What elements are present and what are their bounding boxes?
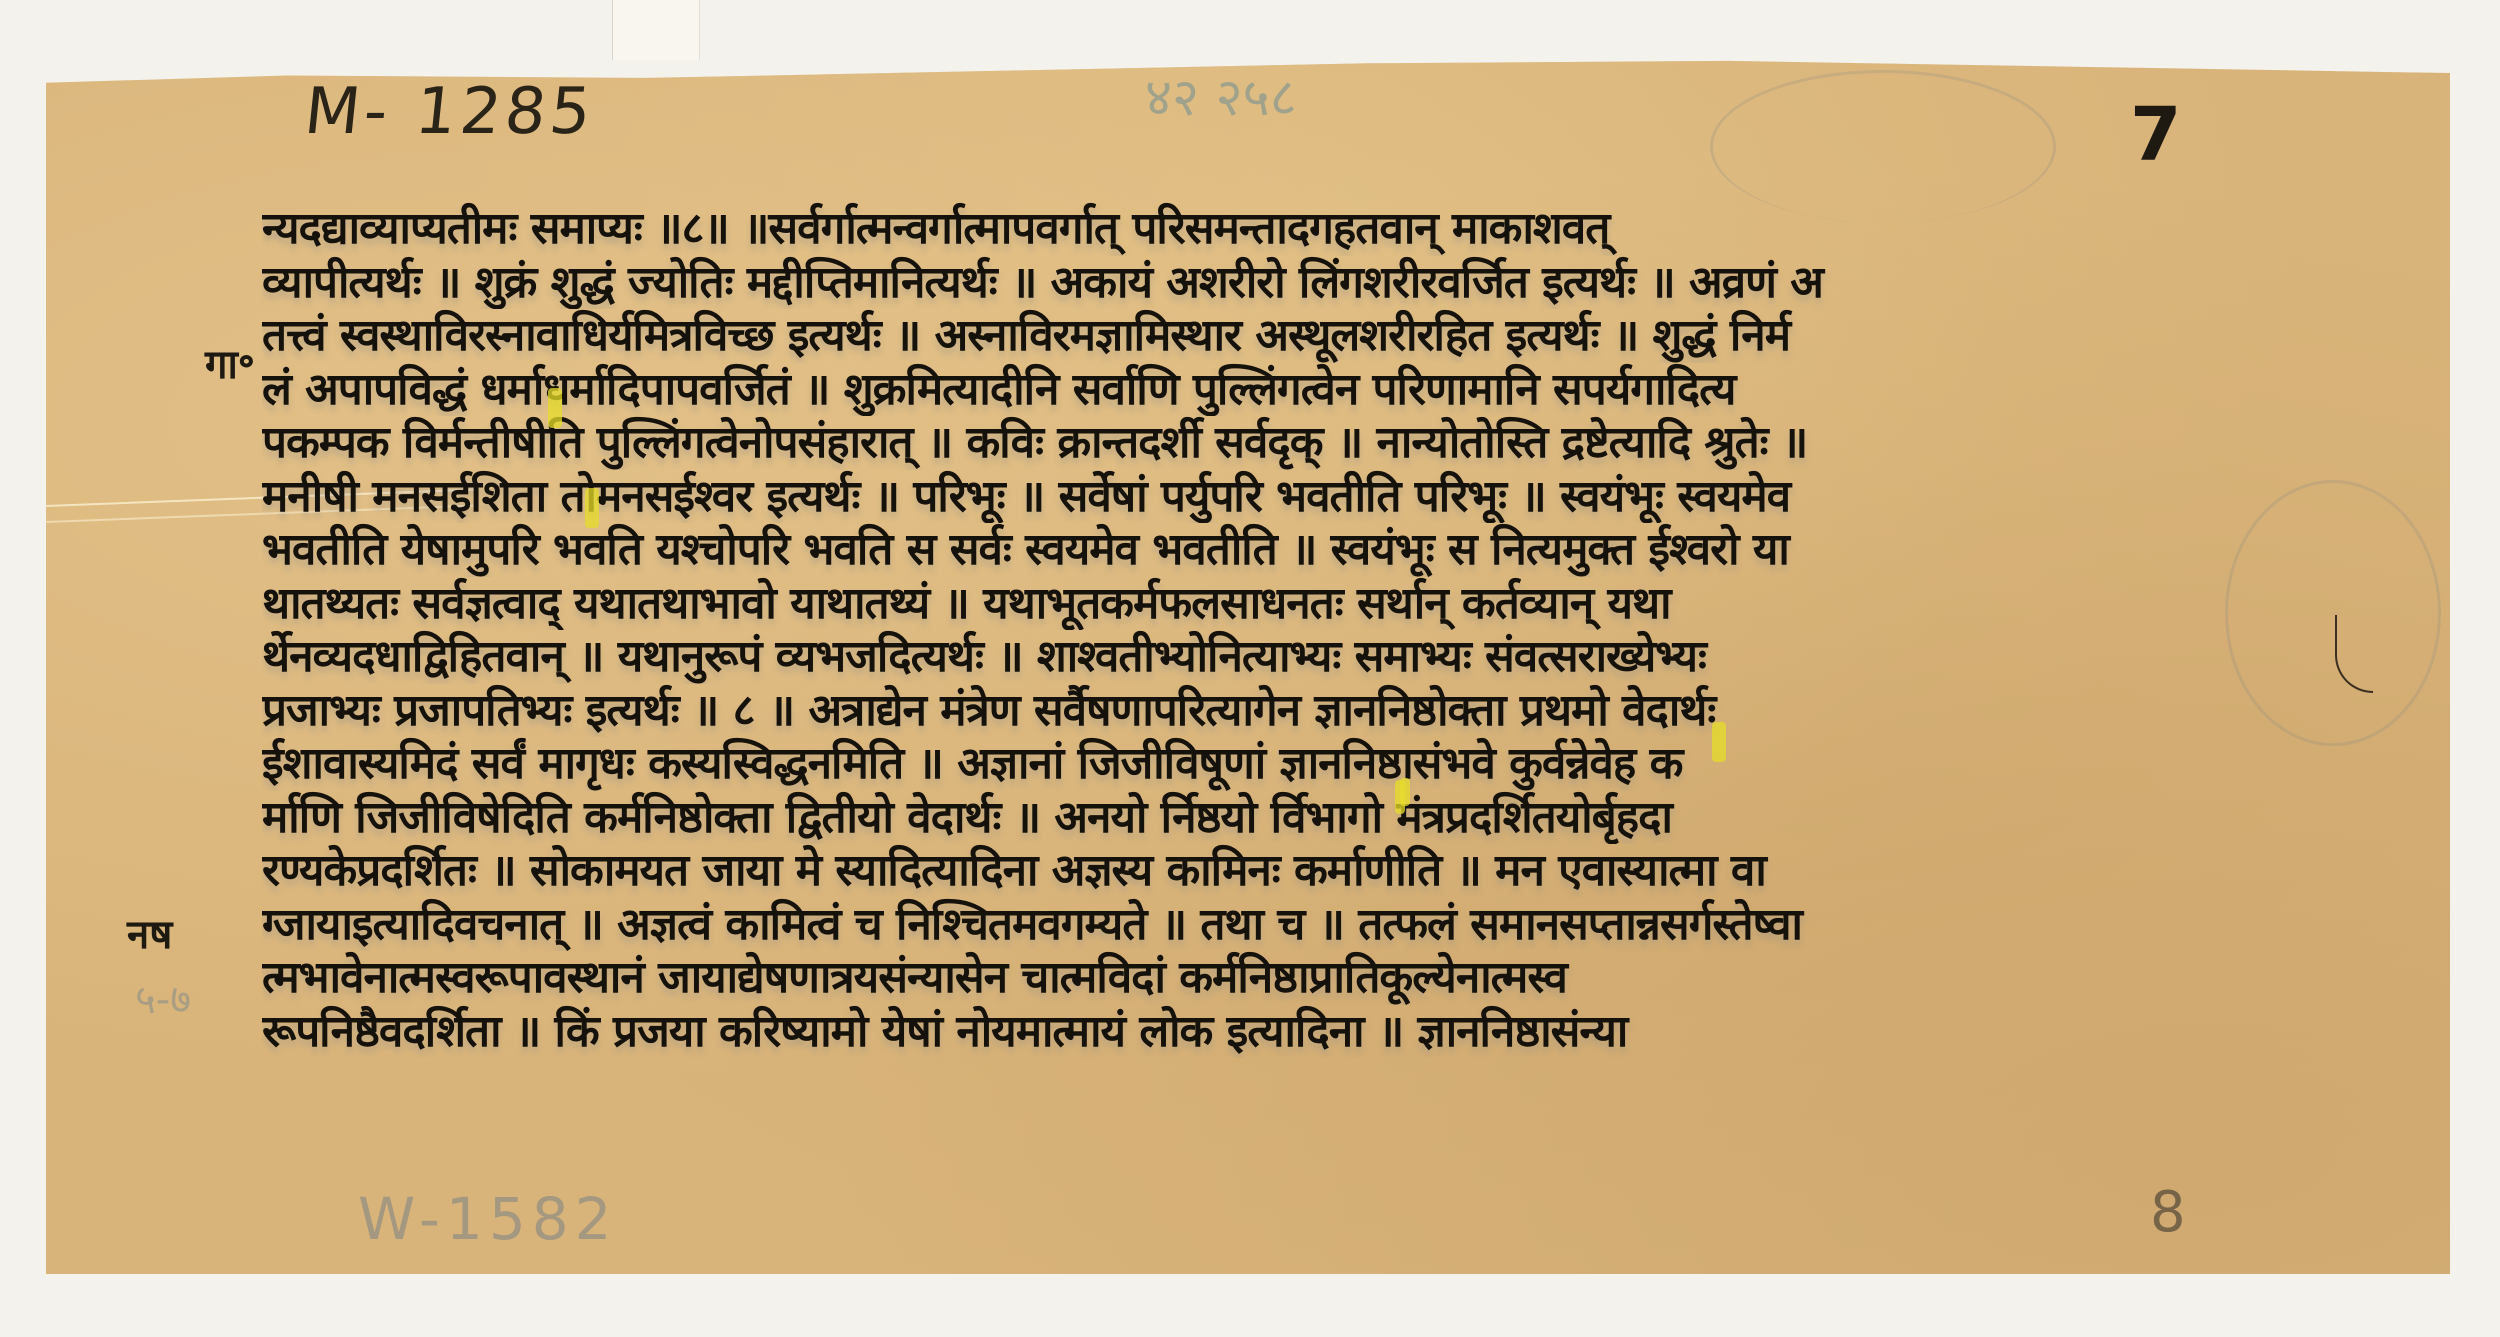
manuscript-line-8: थातथ्यतः सर्वज्ञत्वाद् यथातथाभावो याथातथ…: [262, 577, 2222, 631]
manuscript-line-1: न्यदद्याव्याप्यतीमः समाप्यः ॥८॥ ॥सर्वर्ग…: [262, 202, 2222, 256]
margin-note-upper: गा॰: [205, 335, 255, 390]
manuscript-line-9: र्थेनव्यदधाद्विहितवान् ॥ यथानुरूपं व्यभज…: [262, 630, 2222, 684]
manuscript-line-2: व्यापीत्यर्थः ॥ शुक्रं शुद्धं ज्योतिः मद…: [262, 256, 2222, 310]
manuscript-line-16: रूपनिष्ठैवदर्शिता ॥ किं प्रजया करिष्यामो…: [262, 1005, 2222, 1059]
manuscript-line-6: मनीषी मनसईशिता तोमनसईश्वर इत्यर्थः ॥ परि…: [262, 470, 2222, 524]
catalog-number: M- 1285: [301, 75, 598, 149]
margin-note-lower: नष: [127, 905, 172, 960]
faint-top-note: ४२ २५८: [1145, 60, 1297, 131]
folio-number: 7: [2130, 92, 2182, 178]
manuscript-line-3: तत्त्वं स्वस्थाविरस्नावाधिर्यमित्रविच्छ …: [262, 309, 2222, 363]
manuscript-line-13: रण्यकेप्रदर्शितः ॥ सोकामयत जाया मे स्याद…: [262, 844, 2222, 898]
yellow-correction-mark-1: [548, 388, 562, 428]
faint-stamp-top: [1710, 70, 2056, 223]
manuscript-line-7: भवतीति येषामुपरि भवति यश्चोपरि भवति स सर…: [262, 523, 2222, 577]
backing-paper-strip: [612, 0, 700, 60]
manuscript-line-15: त्मभावेनात्मस्वरूपावस्थानं जायाद्येषणात्…: [262, 951, 2222, 1005]
manuscript-line-11: ईशावास्यमिदं सर्वं मागृधः कस्यस्विद्धनमि…: [262, 737, 2222, 791]
bottom-folio-number: 8: [2150, 1180, 2186, 1245]
yellow-correction-mark-3: [1712, 722, 1726, 762]
yellow-correction-mark-2: [585, 488, 599, 528]
manuscript-line-12: र्माणि जिजीविषेदिति कर्मनिष्ठोक्ता द्वित…: [262, 791, 2222, 845]
manuscript-line-10: प्रजाभ्यः प्रजापतिभ्यः इत्यर्थः ॥ ८ ॥ अत…: [262, 684, 2222, 738]
margin-note-faint: ५-७: [135, 970, 191, 1025]
yellow-correction-mark-5: [1395, 780, 1405, 814]
faint-bottom-note: W-1582: [358, 1185, 618, 1253]
manuscript-line-14: ग्जायाइत्यादिवचनात् ॥ अज्ञत्वं कामित्वं …: [262, 898, 2222, 952]
faint-stamp-right: [2225, 480, 2441, 746]
manuscript-text-block: न्यदद्याव्याप्यतीमः समाप्यः ॥८॥ ॥सर्वर्ग…: [262, 202, 2222, 1058]
